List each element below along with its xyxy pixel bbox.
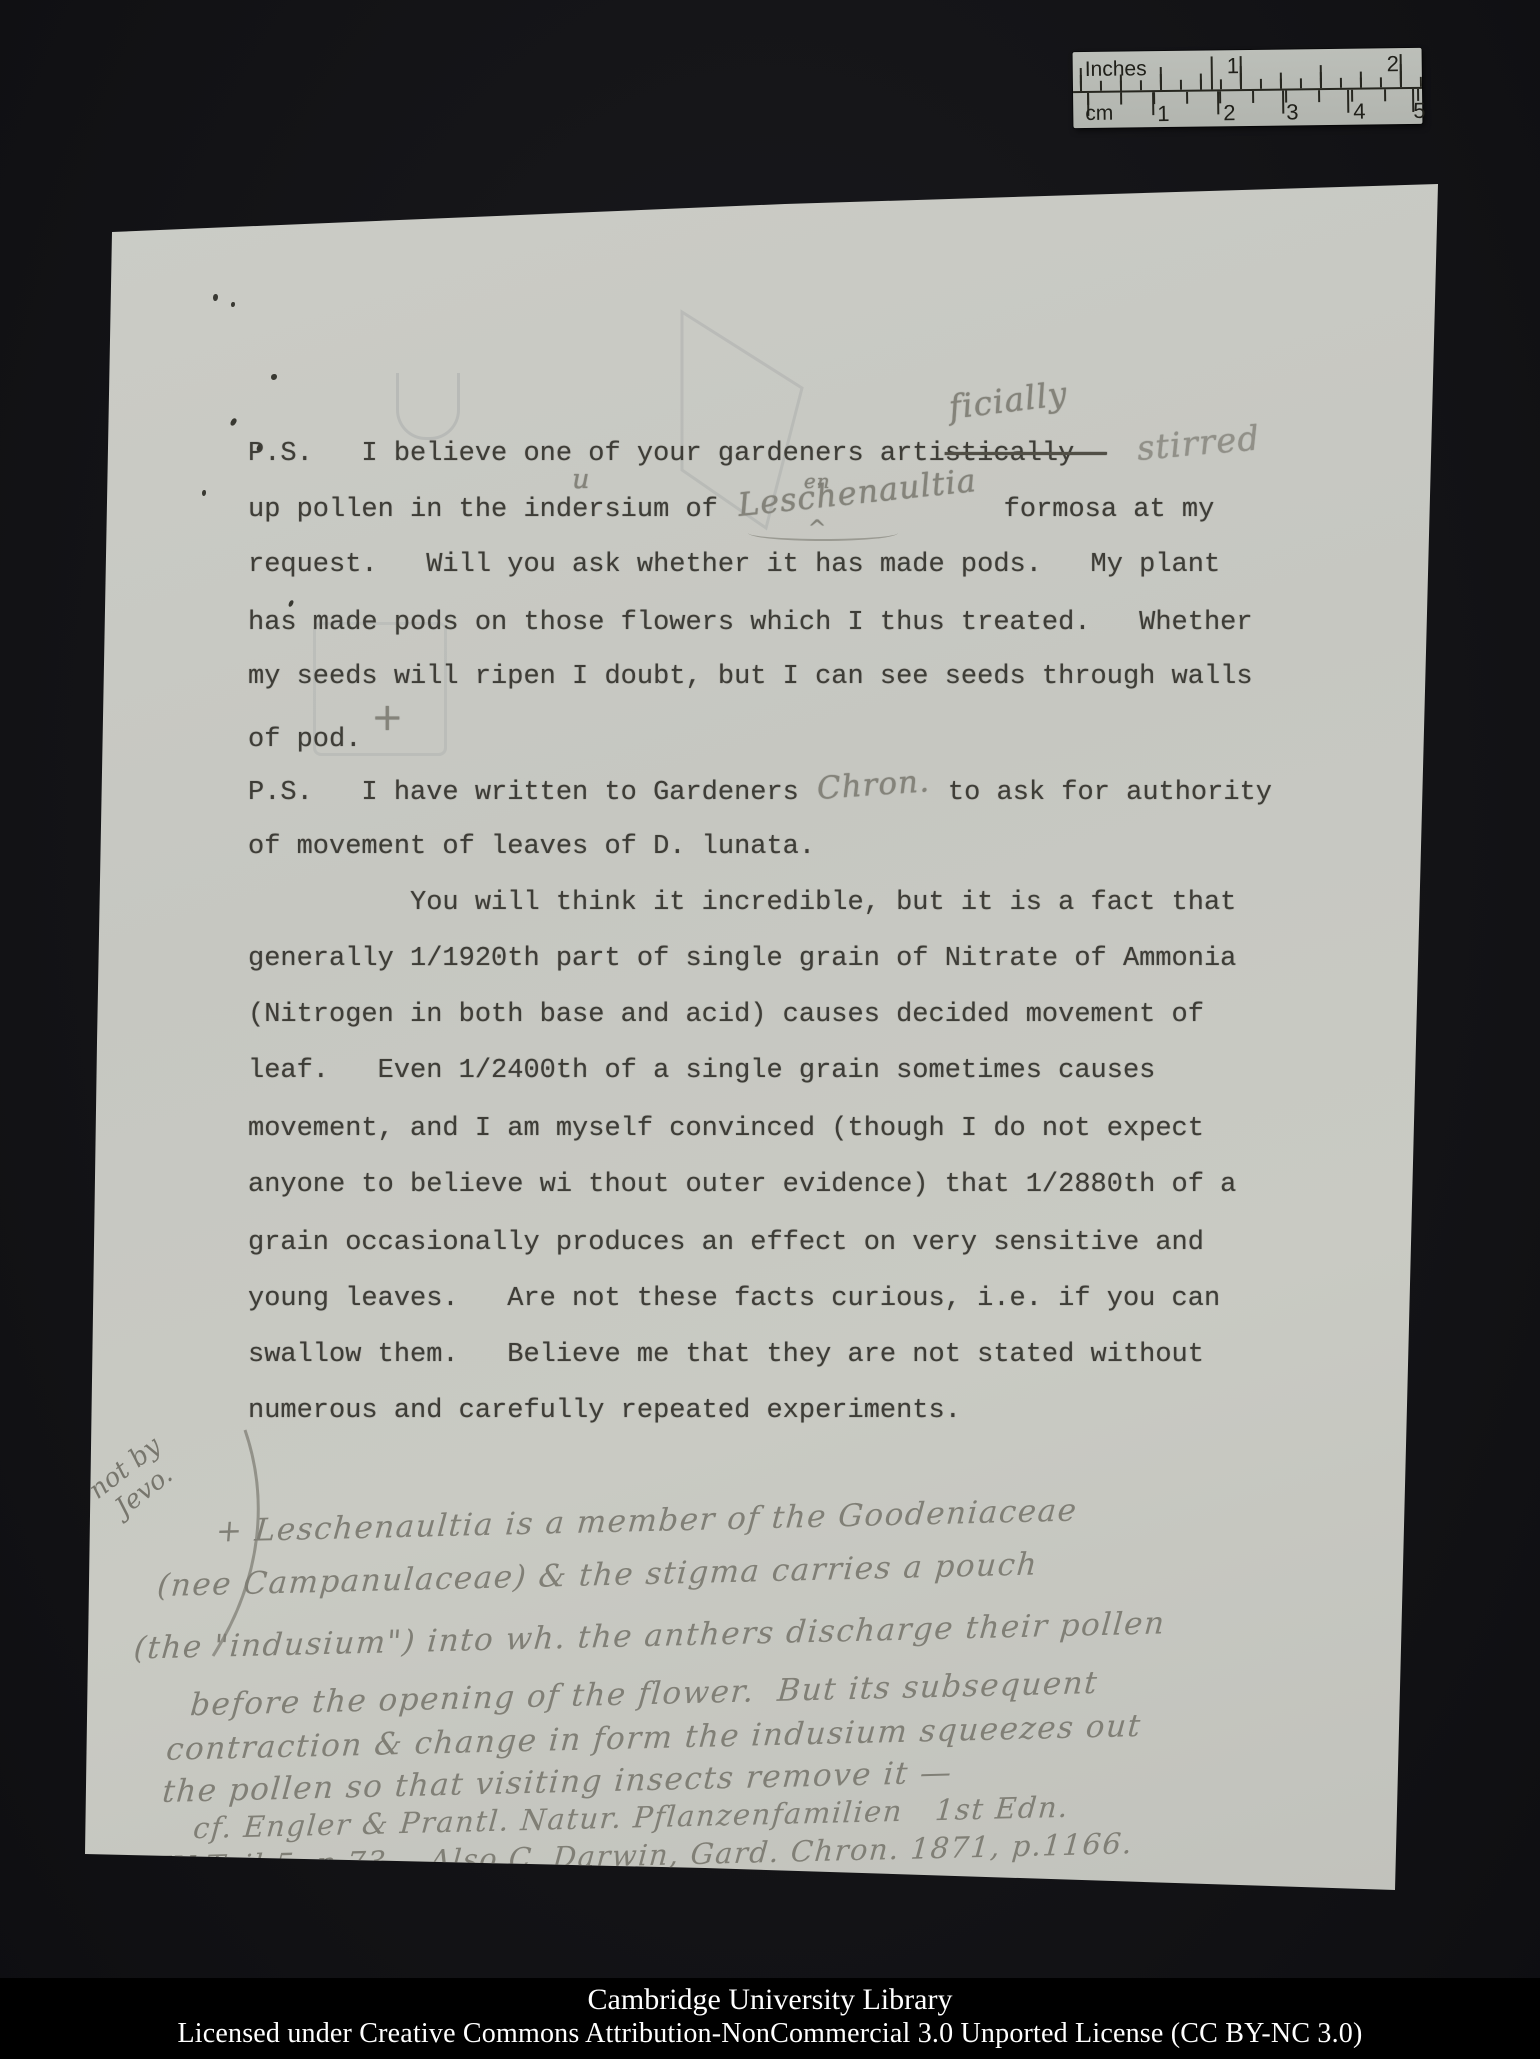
- pencil-correction-u: u: [572, 463, 590, 497]
- ruler-cm-number: 2: [1223, 100, 1236, 126]
- typed-line: swallow them. Believe me that they are n…: [248, 1338, 1204, 1372]
- typed-line: numerous and carefully repeated experime…: [248, 1394, 961, 1428]
- ruler-cm-ticks: [1073, 89, 1422, 117]
- pencil-underline: [748, 525, 898, 541]
- typed-line: has made pods on those flowers which I t…: [248, 606, 1253, 640]
- typed-segment: formosa at my: [1004, 495, 1215, 525]
- pencil-correction-ficially: ficially: [947, 377, 1069, 425]
- ruler-cm-number: 1: [1157, 101, 1170, 127]
- typed-line: P.S. I believe one of your gardeners art…: [248, 432, 1260, 471]
- pencil-word-stirred: stirred: [1135, 421, 1261, 466]
- ruler-inch-ticks: [1073, 48, 1422, 91]
- typed-line: (Nitrogen in both base and acid) causes …: [248, 998, 1204, 1032]
- typed-segment: er: [572, 495, 604, 525]
- typed-segment: P.S. I have written to Gardeners: [248, 778, 799, 808]
- typed-line: of movement of leaves of D. lunata.: [248, 830, 815, 864]
- typed-line: movement, and I am myself convinced (tho…: [248, 1112, 1204, 1146]
- typed-line: young leaves. Are not these facts curiou…: [248, 1282, 1220, 1316]
- typed-segment: of pod.: [248, 725, 361, 755]
- letter-page: P.S. I believe one of your gardeners art…: [85, 182, 1438, 1894]
- typed-line: P.S. I have written to GardenersChron.to…: [248, 772, 1272, 810]
- scan-background: Inches 1 2 cm 1 2 3 4 5 P.S: [0, 0, 1540, 2059]
- typed-line: request. Will you ask whether it has mad…: [248, 548, 1220, 582]
- typed-segment: sium of: [604, 495, 717, 525]
- typed-line: my seeds will ripen I doubt, but I can s…: [248, 660, 1253, 694]
- typed-segment: to ask for authority: [948, 778, 1272, 808]
- typed-line: You will think it incredible, but it is …: [248, 886, 1236, 920]
- attribution-license: Licensed under Creative Commons Attribut…: [0, 2018, 1540, 2050]
- typed-segment: up pollen in the ind: [248, 495, 572, 525]
- typed-line: leaf. Even 1/2400th of a single grain so…: [248, 1054, 1155, 1088]
- ruler-cm-label: cm: [1085, 102, 1113, 126]
- pencil-word-chron: Chron.: [816, 764, 931, 806]
- attribution-footer: Cambridge University Library Licensed un…: [0, 1978, 1540, 2059]
- typed-line: grain occasionally produces an effect on…: [248, 1226, 1204, 1260]
- typed-segment: P.S. I believe one of your gardeners art…: [248, 439, 945, 469]
- pencil-word-leschenaultia: Leschenaultia: [736, 463, 978, 522]
- pencil-insert-en: en: [804, 464, 831, 498]
- typed-line: generally 1/1920th part of single grain …: [248, 942, 1236, 976]
- ruler-cm-number: 4: [1353, 99, 1366, 125]
- ruler-cm-number: 3: [1286, 99, 1299, 125]
- measurement-ruler: Inches 1 2 cm 1 2 3 4 5: [1073, 48, 1423, 128]
- pencil-plus-mark: +: [371, 700, 404, 734]
- typed-line: anyone to believe wi thout outer evidenc…: [248, 1168, 1236, 1202]
- ruler-cm-number: 5: [1413, 98, 1426, 124]
- typed-line: up pollen in the inderusium ofLeschenaul…: [248, 488, 1214, 527]
- typed-line: of pod.+: [248, 716, 404, 757]
- attribution-library: Cambridge University Library: [0, 1983, 1540, 2017]
